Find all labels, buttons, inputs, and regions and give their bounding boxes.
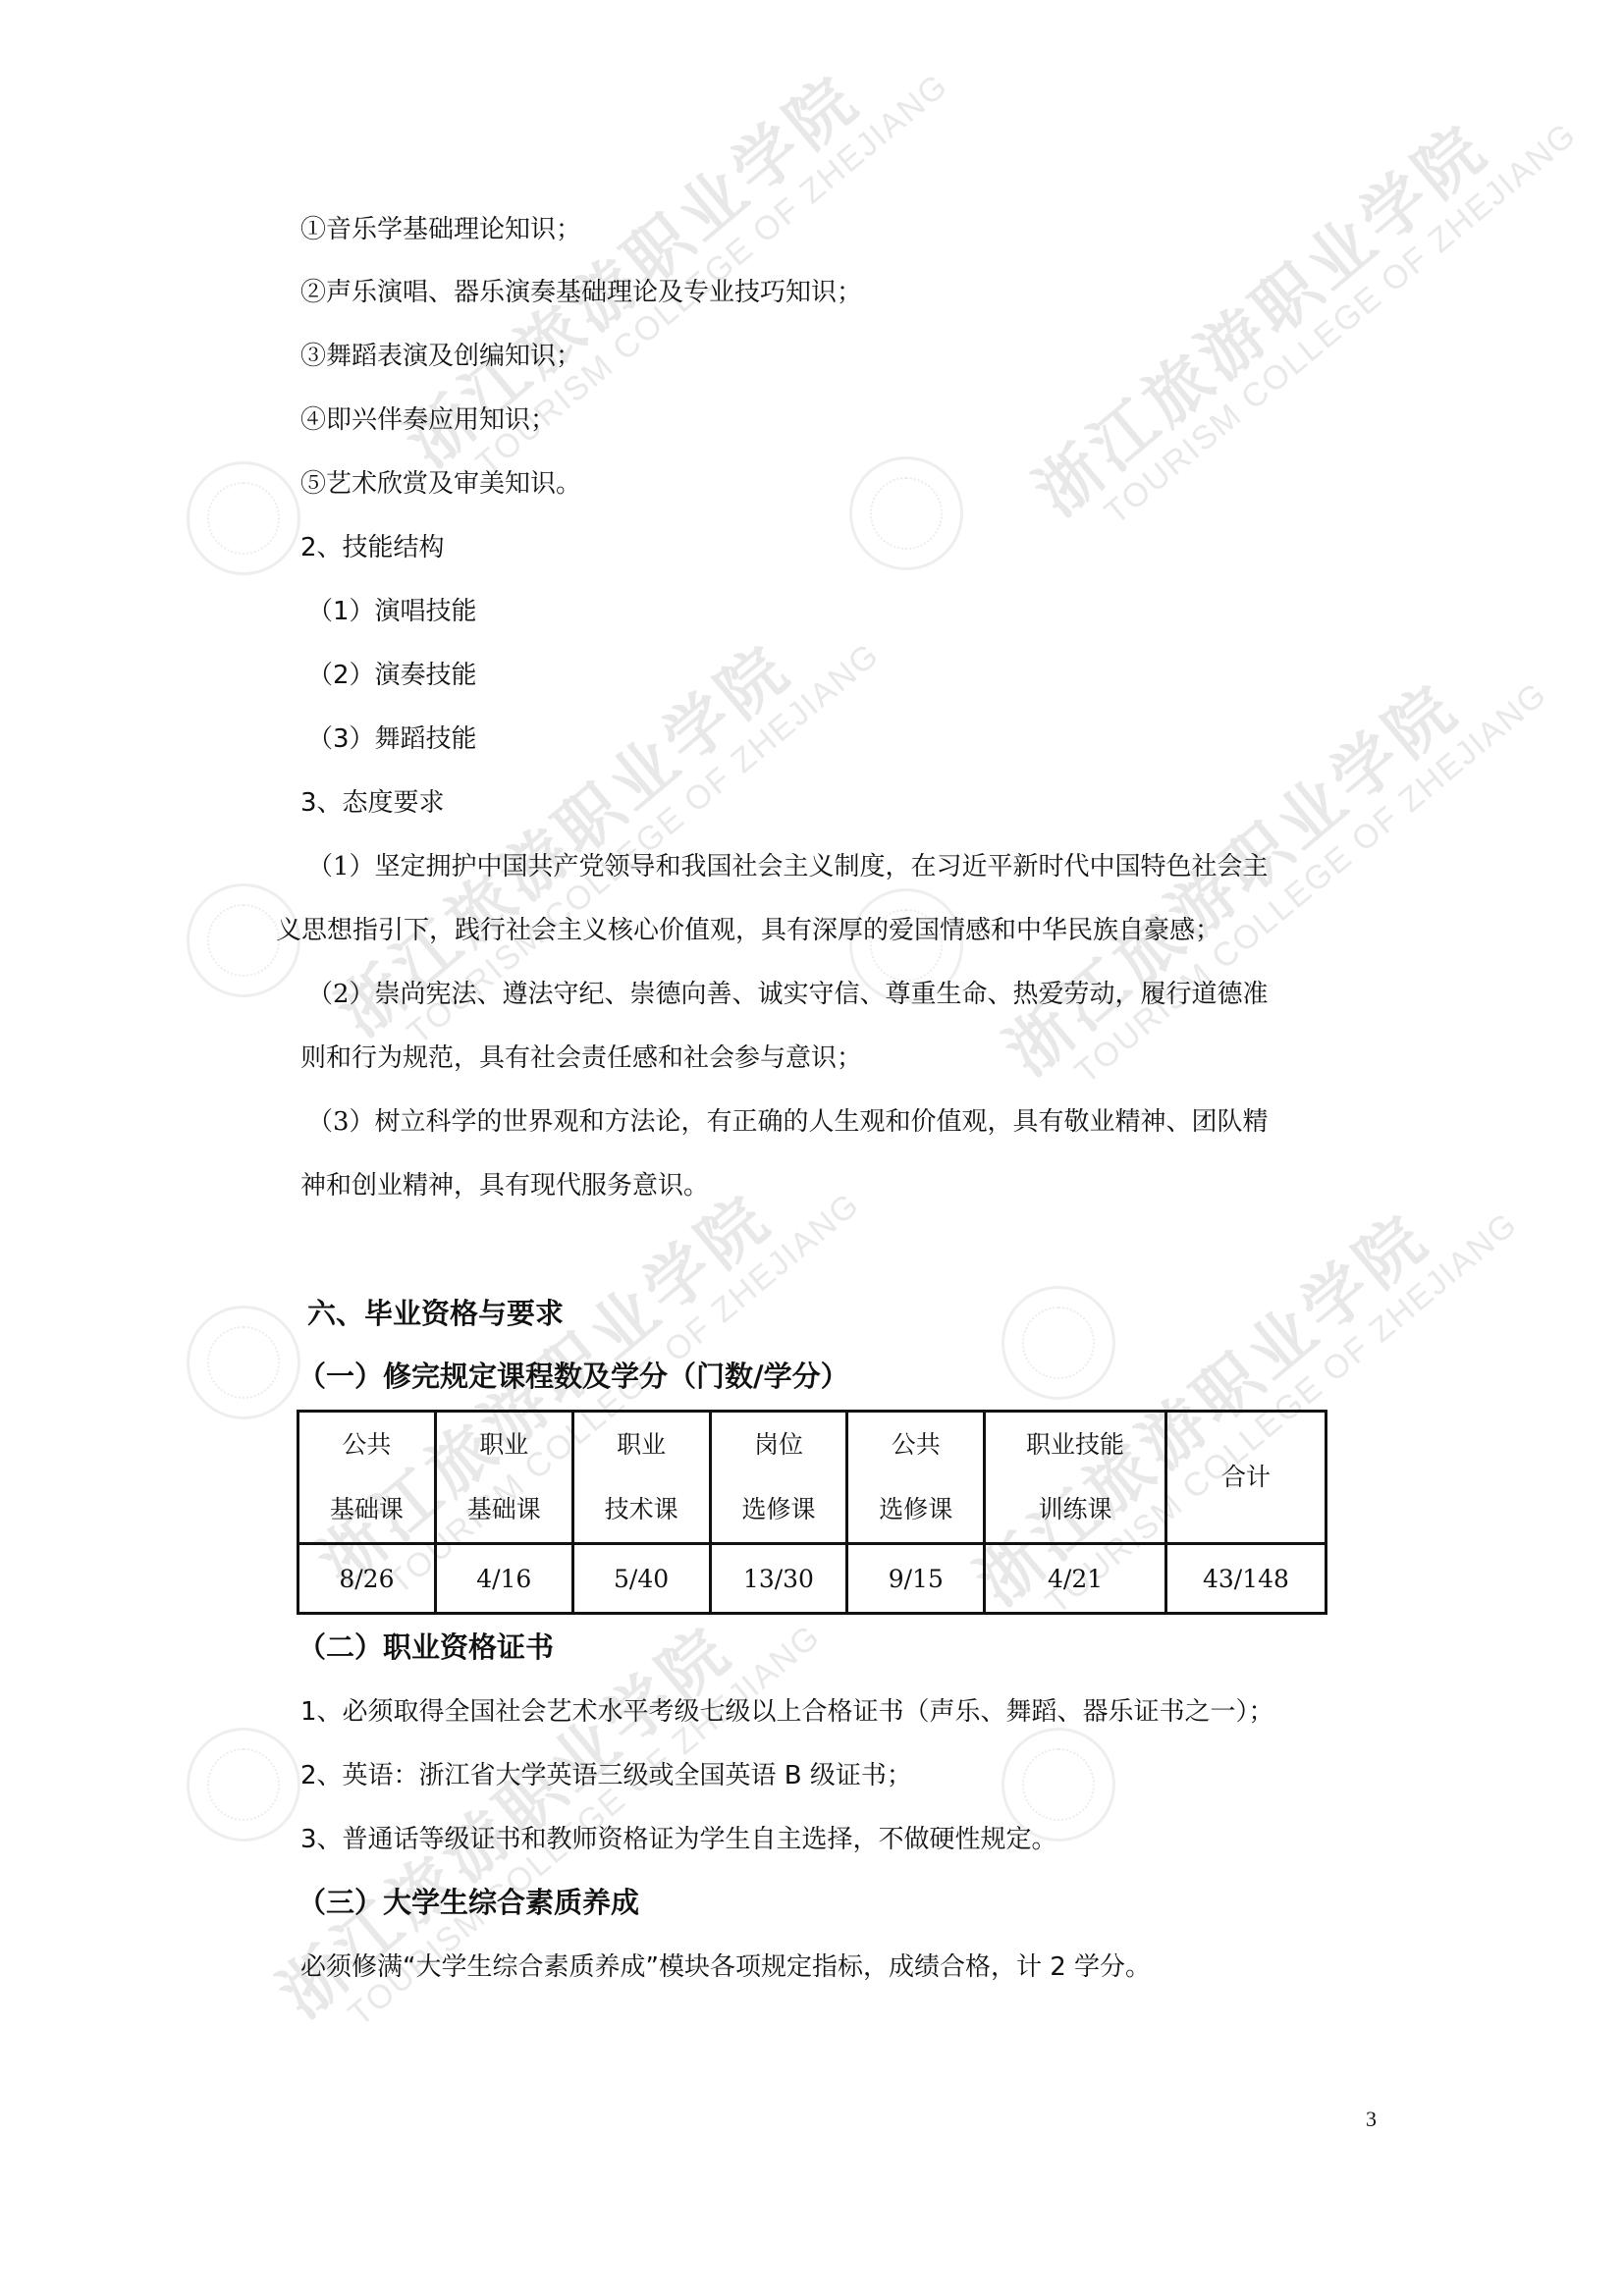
table-header-cell: 职业基础课 xyxy=(435,1412,572,1544)
skill-item: （2）演奏技能 xyxy=(307,660,477,691)
subsection-title: （二）职业资格证书 xyxy=(298,1631,554,1663)
watermark: 浙江旅游职业学院 TOURISM COLLEGE OF ZHEJIANG xyxy=(1011,48,1585,558)
credits-table: 公共基础课 职业基础课 职业技术课 岗位选修课 公共选修课 职业技能训练课 合计… xyxy=(297,1410,1327,1615)
subsection-title: （三）大学生综合素质养成 xyxy=(298,1887,639,1918)
table-cell: 5/40 xyxy=(572,1544,710,1614)
section-title: 六、毕业资格与要求 xyxy=(307,1298,564,1329)
knowledge-item: ③舞蹈表演及创编知识； xyxy=(300,341,581,372)
table-header-cell: 职业技能训练课 xyxy=(985,1412,1166,1544)
seal-icon xyxy=(187,1728,300,1842)
table-cell: 9/15 xyxy=(847,1544,985,1614)
table-header-cell: 公共选修课 xyxy=(847,1412,985,1544)
quality-requirement-text: 必须修满“大学生综合素质养成”模块各项规定指标，成绩合格，计 2 学分。 xyxy=(300,1951,1151,1983)
knowledge-item: ⑤艺术欣赏及审美知识。 xyxy=(300,468,581,500)
knowledge-item: ②声乐演唱、器乐演奏基础理论及专业技巧知识； xyxy=(300,277,862,308)
table-cell: 8/26 xyxy=(298,1544,436,1614)
certificate-item: 2、英语：浙江省大学英语三级或全国英语 B 级证书； xyxy=(300,1760,912,1791)
table-header-cell: 职业技术课 xyxy=(572,1412,710,1544)
table-header-cell-total: 合计 xyxy=(1165,1412,1326,1544)
table-header-row: 公共基础课 职业基础课 职业技术课 岗位选修课 公共选修课 职业技能训练课 合计 xyxy=(298,1412,1326,1544)
page-number: 3 xyxy=(1366,2107,1377,2132)
attitude-item-line1: （2）崇尚宪法、遵法守纪、崇德向善、诚实守信、尊重生命、热爱劳动，履行道德准 xyxy=(307,979,1269,1010)
skills-heading: 2、技能结构 xyxy=(300,532,445,563)
table-cell: 13/30 xyxy=(710,1544,847,1614)
attitude-item-line2: 神和创业精神，具有现代服务意识。 xyxy=(300,1170,709,1201)
attitude-item-line2: 则和行为规范，具有社会责任感和社会参与意识； xyxy=(300,1042,862,1074)
knowledge-item: ①音乐学基础理论知识； xyxy=(300,214,581,245)
table-cell: 4/16 xyxy=(435,1544,572,1614)
knowledge-item: ④即兴伴奏应用知识； xyxy=(300,404,556,436)
skill-item: （1）演唱技能 xyxy=(307,596,477,627)
table-cell-total: 43/148 xyxy=(1165,1544,1326,1614)
table-header-cell: 公共基础课 xyxy=(298,1412,436,1544)
subsection-title: （一）修完规定课程数及学分（门数/学分） xyxy=(298,1361,849,1392)
attitude-item-line1: （1）坚定拥护中国共产党领导和我国社会主义制度，在习近平新时代中国特色社会主 xyxy=(307,851,1269,882)
seal-icon xyxy=(849,456,963,570)
seal-icon xyxy=(1001,1286,1115,1400)
certificate-item: 1、必须取得全国社会艺术水平考级七级以上合格证书（声乐、舞蹈、器乐证书之一）； xyxy=(300,1696,1274,1728)
table-header-cell: 岗位选修课 xyxy=(710,1412,847,1544)
certificate-item: 3、普通话等级证书和教师资格证为学生自主选择，不做硬性规定。 xyxy=(300,1824,1057,1855)
attitude-item-line2: 义思想指引下，践行社会主义核心价值观，具有深厚的爱国情感和中华民族自豪感； xyxy=(276,915,1220,946)
table-row: 8/26 4/16 5/40 13/30 9/15 4/21 43/148 xyxy=(298,1544,1326,1614)
attitude-heading: 3、态度要求 xyxy=(300,787,445,819)
table-cell: 4/21 xyxy=(985,1544,1166,1614)
watermark: 浙江旅游职业学院 TOURISM COLLEGE OF ZHEJIANG xyxy=(255,1550,829,2059)
skill-item: （3）舞蹈技能 xyxy=(307,723,477,755)
seal-icon xyxy=(187,1306,300,1419)
attitude-item-line1: （3）树立科学的世界观和方法论，有正确的人生观和价值观，具有敬业精神、团队精 xyxy=(307,1106,1269,1138)
seal-icon xyxy=(187,461,300,575)
